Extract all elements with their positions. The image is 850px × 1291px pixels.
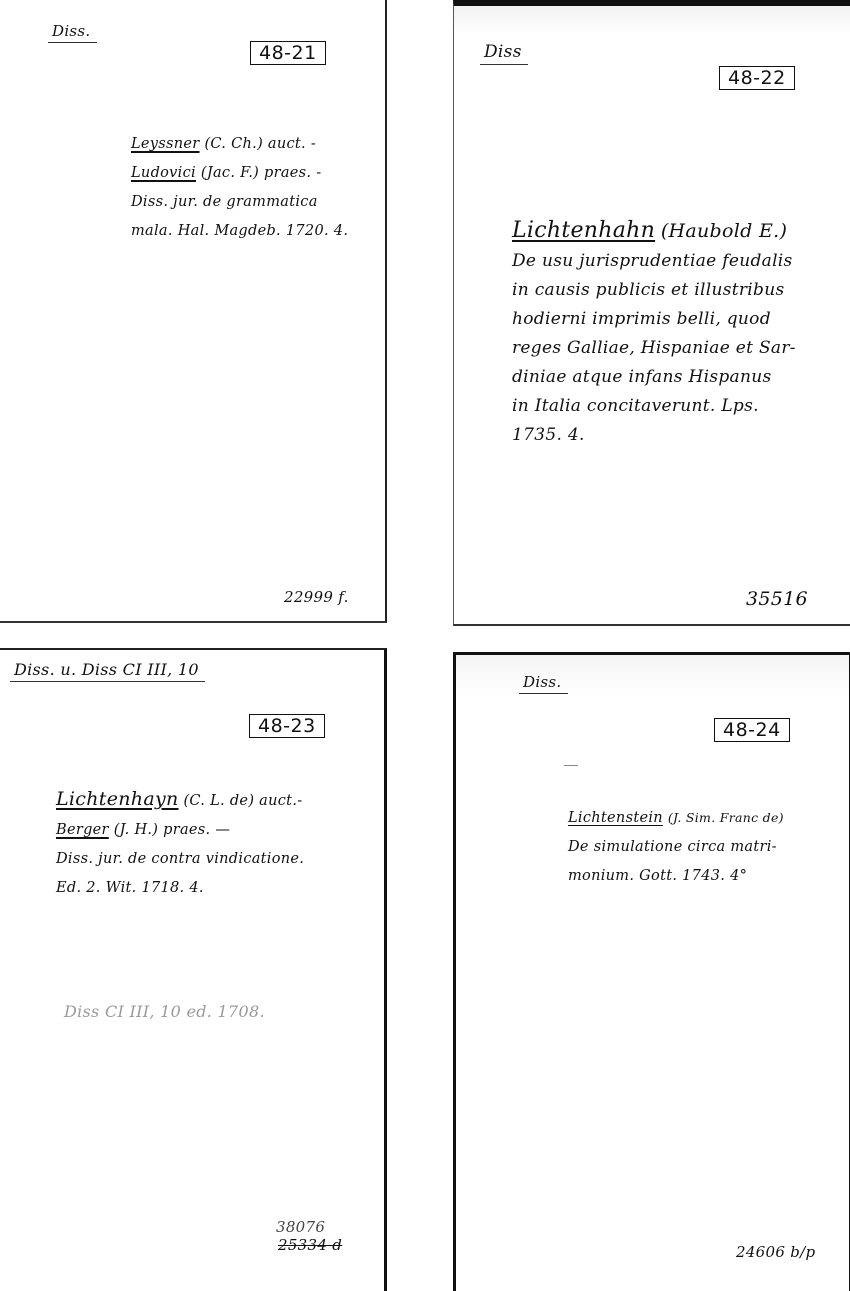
praeses-line: Berger (J. H.) praes. — xyxy=(56,816,304,845)
catalog-card-48-23: Diss. u. Diss CI III, 10 48-23 Lichtenha… xyxy=(0,648,387,1291)
pencil-note: Diss CI III, 10 ed. 1708. xyxy=(64,1002,265,1021)
title-line: in causis publicis et illustribus xyxy=(512,276,796,305)
accession-number: 24606 b/p xyxy=(736,1243,815,1261)
accession-number: 38076 xyxy=(276,1218,325,1236)
card-marker: Diss. u. Diss CI III, 10 xyxy=(10,660,205,682)
title-line: Diss. jur. de contra vindicatione. xyxy=(56,845,304,874)
accession-number-struck: 25334 d xyxy=(278,1236,342,1254)
author-name: Leyssner xyxy=(131,136,200,152)
accession-number: 22999 f. xyxy=(284,588,349,606)
author-detail: (Haubold E.) xyxy=(661,220,787,242)
title-line: reges Galliae, Hispaniae et Sar- xyxy=(512,334,796,363)
title-line: diniae atque infans Hispanus xyxy=(512,363,796,392)
praeses-detail: (Jac. F.) praes. - xyxy=(201,165,322,181)
card-entry: Lichtenstein (J. Sim. Franc de) De simul… xyxy=(568,803,784,891)
card-entry: Lichtenhahn (Haubold E.) De usu jurispru… xyxy=(512,216,796,450)
author-detail: (C. Ch.) auct. - xyxy=(204,136,316,152)
call-number: 48-23 xyxy=(249,714,325,738)
card-marker: Diss. xyxy=(519,673,568,694)
pen-mark xyxy=(564,765,578,766)
catalog-card-48-22: Diss 48-22 Lichtenhahn (Haubold E.) De u… xyxy=(453,0,850,626)
title-line: Ed. 2. Wit. 1718. 4. xyxy=(56,874,304,903)
title-line: Diss. jur. de grammatica xyxy=(131,188,348,217)
card-marker: Diss xyxy=(480,42,528,65)
title-line: hodierni imprimis belli, quod xyxy=(512,305,796,334)
card-entry: Lichtenhayn (C. L. de) auct.- Berger (J.… xyxy=(56,785,304,903)
author-line: Lichtenhahn (Haubold E.) xyxy=(512,216,796,247)
title-line: De usu jurisprudentiae feudalis xyxy=(512,247,796,276)
praeses-name: Ludovici xyxy=(131,165,196,181)
title-line: mala. Hal. Magdeb. 1720. 4. xyxy=(131,217,348,246)
title-line: 1735. 4. xyxy=(512,421,796,450)
praeses-detail: (J. H.) praes. — xyxy=(114,822,230,838)
author-name: Lichtenhayn xyxy=(56,788,179,810)
accession-number: 35516 xyxy=(746,588,808,610)
title-line: monium. Gott. 1743. 4° xyxy=(568,862,784,891)
call-number: 48-24 xyxy=(714,718,790,742)
praeses-line: Ludovici (Jac. F.) praes. - xyxy=(131,159,348,188)
title-line: De simulatione circa matri- xyxy=(568,833,784,862)
author-detail: (J. Sim. Franc de) xyxy=(668,810,784,825)
card-entry: Leyssner (C. Ch.) auct. - Ludovici (Jac.… xyxy=(131,130,348,246)
author-detail: (C. L. de) auct.- xyxy=(183,793,302,809)
call-number: 48-22 xyxy=(719,66,795,90)
author-line: Leyssner (C. Ch.) auct. - xyxy=(131,130,348,159)
title-line: in Italia concitaverunt. Lps. xyxy=(512,392,796,421)
praeses-name: Berger xyxy=(56,822,109,838)
author-name: Lichtenhahn xyxy=(512,218,655,243)
author-line: Lichtenstein (J. Sim. Franc de) xyxy=(568,803,784,833)
call-number: 48-21 xyxy=(250,41,326,65)
card-marker: Diss. xyxy=(48,22,97,43)
catalog-card-48-24: Diss. 48-24 Lichtenstein (J. Sim. Franc … xyxy=(453,652,850,1291)
catalog-card-48-21: Diss. 48-21 Leyssner (C. Ch.) auct. - Lu… xyxy=(0,0,387,623)
author-name: Lichtenstein xyxy=(568,810,663,826)
author-line: Lichtenhayn (C. L. de) auct.- xyxy=(56,785,304,816)
